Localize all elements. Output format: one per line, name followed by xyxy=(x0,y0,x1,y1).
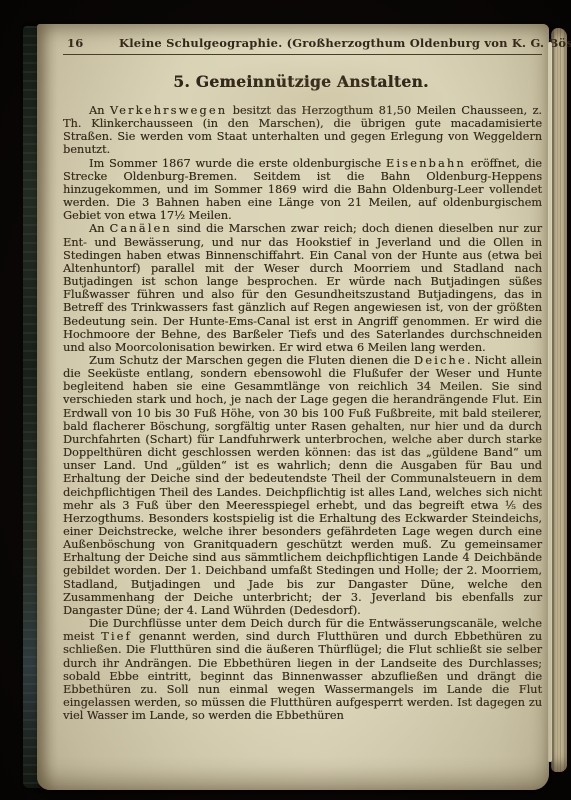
text-run: Zum Schutz der Marschen gegen die Fluten… xyxy=(89,354,414,367)
emphasized-term: Deiche xyxy=(414,354,467,367)
text-run: An xyxy=(89,222,110,235)
text-run: . Nicht allein die Seeküste entlang, son… xyxy=(63,354,542,617)
paragraph: An Verkehrswegen besitzt das Herzogthum … xyxy=(63,104,542,157)
text-run: An xyxy=(89,104,110,117)
paragraph: Die Durchflüsse unter dem Deich durch fü… xyxy=(63,617,542,722)
paragraph: An Canälen sind die Marschen zwar reich;… xyxy=(63,222,542,354)
text-run: genannt werden, sind durch Flutthüren un… xyxy=(63,630,542,722)
book-page-stack xyxy=(551,28,567,772)
paragraph: Zum Schutz der Marschen gegen die Fluten… xyxy=(63,354,542,617)
book-page: 16 Kleine Schulgeographie. (Großherzogth… xyxy=(37,24,549,790)
emphasized-term: Canälen xyxy=(110,222,172,235)
page-body-text: An Verkehrswegen besitzt das Herzogthum … xyxy=(63,104,542,722)
paragraph: Im Sommer 1867 wurde die erste oldenburg… xyxy=(63,157,542,223)
header-rule xyxy=(63,54,542,55)
text-run: sind die Marschen zwar reich; doch diene… xyxy=(63,222,542,353)
running-header: 16 Kleine Schulgeographie. (Großherzogth… xyxy=(37,24,549,50)
emphasized-term: Tief xyxy=(101,630,132,643)
text-run: Im Sommer 1867 wurde die erste oldenburg… xyxy=(89,157,386,170)
emphasized-term: Verkehrswegen xyxy=(110,104,227,117)
page-number: 16 xyxy=(67,36,119,50)
running-title: Kleine Schulgeographie. (Großherzogthum … xyxy=(119,36,571,50)
page-curl-edge xyxy=(548,42,552,762)
section-title: 5. Gemeinnützige Anstalten. xyxy=(63,72,539,91)
emphasized-term: Eisenbahn xyxy=(386,157,466,170)
photo-background: 16 Kleine Schulgeographie. (Großherzogth… xyxy=(0,0,571,800)
